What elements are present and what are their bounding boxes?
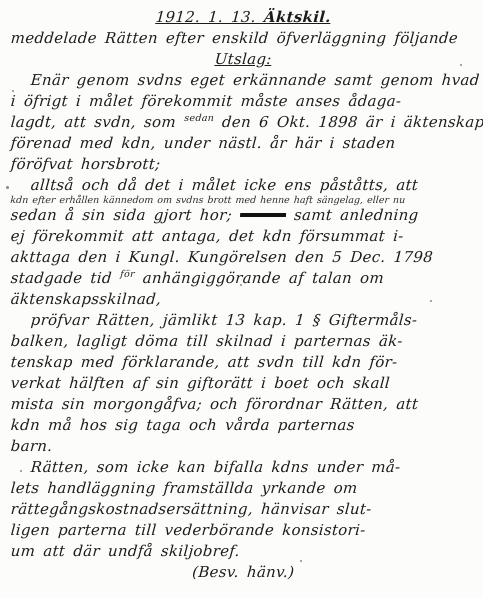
handwritten-text-line: i öfrigt i målet förekommit måste anses … <box>10 91 476 112</box>
handwritten-text-line: kdn må hos sig taga och vårda parternas <box>10 415 476 436</box>
handwritten-text-line: akttaga den i Kungl. Kungörelsen den 5 D… <box>10 247 476 268</box>
handwritten-text-line: Utslag: <box>10 49 476 70</box>
scan-speckle <box>6 186 9 189</box>
handwritten-text-line: ej förekommit att antaga, det kdn försum… <box>10 226 476 247</box>
handwritten-text-line: rättegångskostnadsersättning, hänvisar s… <box>10 499 476 520</box>
handwritten-text-line: tenskap med förklarande, att svdn till k… <box>10 352 476 373</box>
handwritten-text-line: balken, lagligt döma till skilnad i part… <box>10 331 476 352</box>
handwritten-text-line: um att där undfå skiljobref. <box>10 541 476 562</box>
handwritten-text-line: meddelade Rätten efter enskild öfverlägg… <box>10 28 476 49</box>
handwritten-text-line: pröfvar Rätten, jämlikt 13 kap. 1 § Gift… <box>10 310 476 331</box>
manuscript-lines: 1912. 1. 13. Äktskil.meddelade Rätten ef… <box>10 7 475 583</box>
handwritten-text-line: 1912. 1. 13. Äktskil. <box>10 7 476 28</box>
handwritten-text-line: äktenskapsskilnad, <box>10 289 476 310</box>
interlinear-insertion-line: kdn efter erhållen kännedom om svdns bro… <box>10 196 476 205</box>
handwritten-text-line: sedan å sin sida gjort hor; ——— samt anl… <box>10 205 476 226</box>
handwritten-text-line: lets handläggning framställda yrkande om <box>10 478 476 499</box>
handwritten-text-line: mista sin morgongåfva; och förordnar Rät… <box>10 394 476 415</box>
handwritten-text-line: (Besv. hänv.) <box>10 562 476 583</box>
handwritten-text-line: lagdt, att svdn, som sedan den 6 Okt. 18… <box>10 112 476 133</box>
handwritten-text-line: föröfvat horsbrott; <box>10 154 476 175</box>
handwritten-text-line: ligen parterna till vederbörande konsist… <box>10 520 476 541</box>
handwritten-text-line: alltså och då det i målet icke ens påstå… <box>10 175 476 196</box>
interlinear-insertion: för <box>120 269 135 280</box>
handwritten-text-line: Rätten, som icke kan bifalla kdns under … <box>10 457 476 478</box>
struck-out-word: ——— <box>239 206 286 224</box>
handwritten-text-line: barn. <box>10 436 476 457</box>
handwritten-text-line: stadgade tid för anhängiggörande af tala… <box>10 268 476 289</box>
interlinear-insertion: sedan <box>184 113 215 124</box>
handwritten-text-line: verkat hälften af sin giftorätt i boet o… <box>10 373 476 394</box>
manuscript-page: 1912. 1. 13. Äktskil.meddelade Rätten ef… <box>0 0 483 598</box>
handwritten-text-line: förenad med kdn, under nästl. år här i s… <box>10 133 476 154</box>
handwritten-text-line: Enär genom svdns eget erkännande samt ge… <box>10 70 476 91</box>
